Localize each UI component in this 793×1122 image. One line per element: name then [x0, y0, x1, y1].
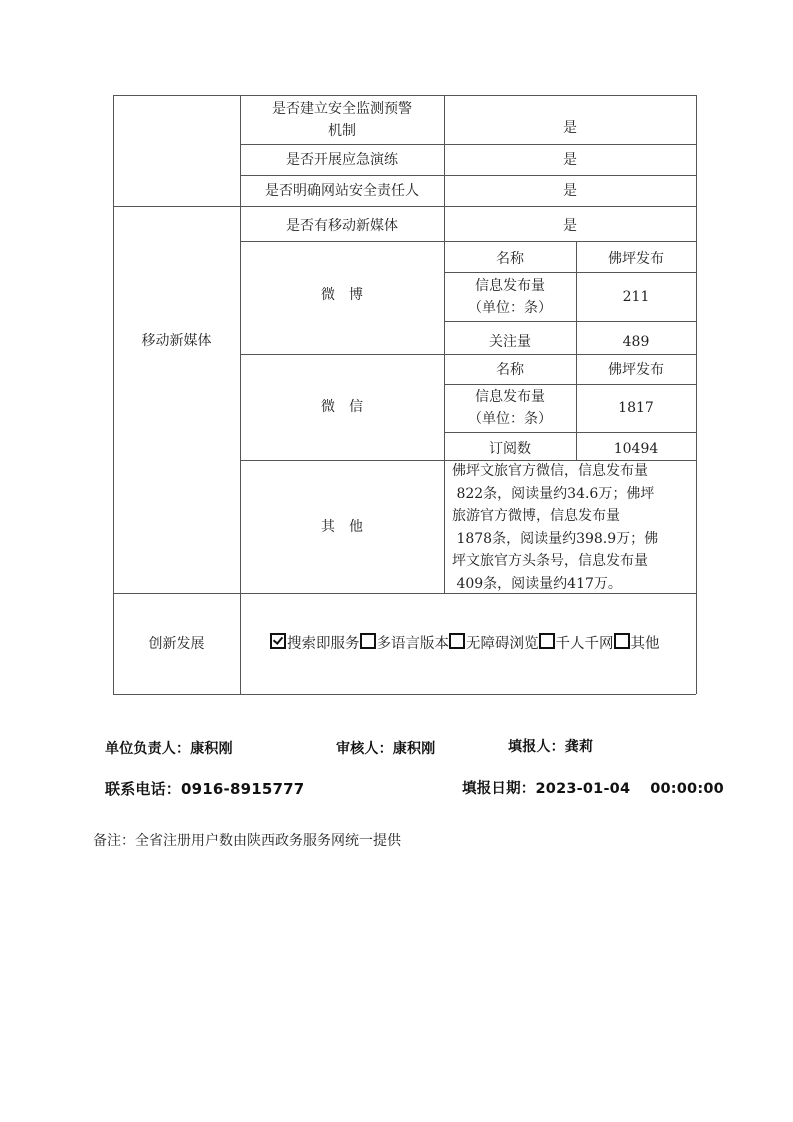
- mobile-media-section-label: 移动新媒体: [113, 206, 240, 476]
- option-search-as-service[interactable]: 搜索即服务: [270, 633, 360, 655]
- footnote: 备注：全省注册用户数由陕西政务服务网统一提供: [93, 830, 401, 850]
- option-label: 千人千网: [556, 636, 614, 652]
- unit-head: 单位负责人：康积刚: [105, 738, 233, 758]
- description-line: 409条，阅读量约417万。: [452, 573, 622, 596]
- description-line: 1878条，阅读量约398.9万；佛: [452, 528, 658, 551]
- weibo-name-value: 佛坪发布: [576, 245, 696, 272]
- checkbox-empty-icon[interactable]: [614, 633, 630, 649]
- checkbox-empty-icon[interactable]: [360, 633, 376, 649]
- option-label: 无障碍浏览: [466, 636, 539, 652]
- other-media-description: 佛坪文旅官方微信，信息发布量 822条，阅读量约34.6万；佛坪 旅游官方微博，…: [446, 457, 698, 593]
- security-officer-label: 是否明确网站安全责任人: [240, 175, 444, 206]
- has-mobile-media-label: 是否有移动新媒体: [240, 210, 444, 241]
- label-line: （单位：条）: [468, 297, 552, 319]
- reviewer: 审核人：康积刚: [336, 738, 435, 758]
- label-line: 是否建立安全监测预警: [272, 98, 412, 120]
- option-label: 搜索即服务: [287, 636, 360, 652]
- weibo-followers-value: 489: [576, 328, 696, 356]
- option-accessibility[interactable]: 无障碍浏览: [449, 633, 539, 655]
- wechat-posts-value: 1817: [576, 384, 696, 432]
- label-line: 机制: [328, 120, 356, 142]
- option-label: 其他: [631, 636, 660, 652]
- description-line: 佛坪文旅官方微信，信息发布量: [452, 460, 648, 483]
- label-line: 信息发布量: [475, 386, 545, 408]
- weibo-label: 微 博: [240, 241, 444, 349]
- security-officer-value: 是: [444, 175, 696, 206]
- checkbox-empty-icon[interactable]: [449, 633, 465, 649]
- other-media-label: 其 他: [240, 460, 444, 593]
- description-line: 822条，阅读量约34.6万；佛坪: [452, 483, 654, 506]
- wechat-name-value: 佛坪发布: [576, 356, 696, 384]
- weibo-posts-value: 211: [576, 272, 696, 321]
- emergency-drill-label: 是否开展应急演练: [240, 144, 444, 175]
- divider: [444, 321, 696, 322]
- option-other[interactable]: 其他: [614, 633, 660, 655]
- option-label: 多语言版本: [377, 636, 450, 652]
- security-monitoring-label: 是否建立安全监测预警 机制: [240, 95, 444, 144]
- security-monitoring-value: 是: [444, 108, 696, 148]
- filler: 填报人：龚莉: [508, 736, 593, 756]
- option-personalized[interactable]: 千人千网: [539, 633, 614, 655]
- wechat-name-label: 名称: [444, 356, 576, 384]
- checkbox-empty-icon[interactable]: [539, 633, 555, 649]
- has-mobile-media-value: 是: [444, 210, 696, 241]
- weibo-posts-label: 信息发布量 （单位：条）: [444, 272, 576, 321]
- wechat-label: 微 信: [240, 354, 444, 460]
- wechat-posts-label: 信息发布量 （单位：条）: [444, 384, 576, 432]
- label-line: 信息发布量: [475, 275, 545, 297]
- innovation-section-label: 创新发展: [113, 593, 240, 694]
- description-line: 坪文旅官方头条号，信息发布量: [452, 550, 648, 573]
- fill-date: 填报日期：2023-01-04 00:00:00: [462, 777, 724, 798]
- description-line: 旅游官方微博，信息发布量: [452, 505, 620, 528]
- table-border-bottom: [113, 694, 696, 695]
- option-multilingual[interactable]: 多语言版本: [360, 633, 450, 655]
- label-line: （单位：条）: [468, 408, 552, 430]
- contact-phone: 联系电话：0916-8915777: [105, 778, 304, 799]
- weibo-followers-label: 关注量: [444, 328, 576, 356]
- weibo-name-label: 名称: [444, 245, 576, 272]
- checkbox-checked-icon[interactable]: [270, 633, 286, 649]
- emergency-drill-value: 是: [444, 144, 696, 175]
- divider: [444, 432, 696, 433]
- innovation-options: 搜索即服务 多语言版本 无障碍浏览 千人千网 其他: [270, 593, 700, 694]
